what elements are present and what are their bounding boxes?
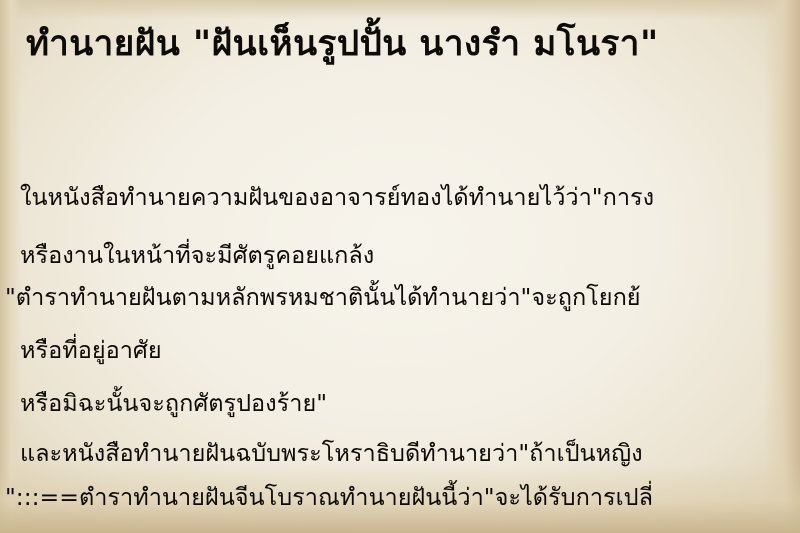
- paper-edge-left: [0, 0, 22, 533]
- text-line: ในหนังสือทำนายความฝันของอาจารย์ทองได้ทำน…: [20, 186, 654, 210]
- text-line: หรือที่อยู่อาศัย: [20, 339, 162, 363]
- paper-edge-right: [764, 0, 800, 533]
- text-line: หรือมิฉะนั้นจะถูกศัตรูปองร้าย": [20, 392, 327, 416]
- text-line: และหนังสือทำนายฝันฉบับพระโหราธิบดีทำนายว…: [20, 442, 643, 466]
- text-line: ":::==ตำราทำนายฝันจีนโบราณทำนายฝันนี้ว่า…: [5, 486, 653, 510]
- page-title: ทำนายฝัน "ฝันเห็นรูปปั้น นางรำ มโนรา": [26, 16, 659, 71]
- text-line: "ตำราทำนายฝันตามหลักพรหมชาตินั้นได้ทำนาย…: [5, 286, 641, 310]
- text-line: หรืองานในหน้าที่จะมีศัตรูคอยแกล้ง: [20, 244, 374, 268]
